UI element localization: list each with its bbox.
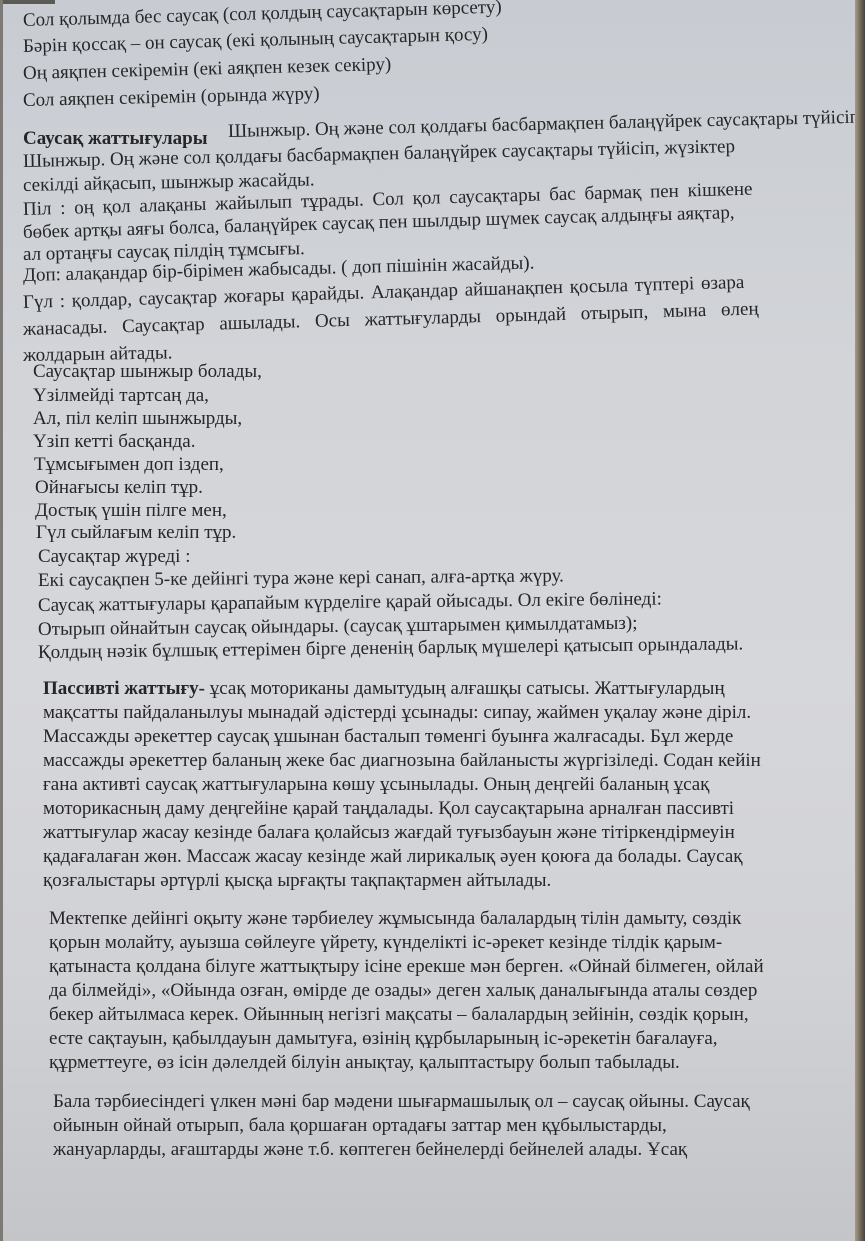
rhyme-line: Сол аяқпен секіремін (орында жүру) [23, 83, 320, 112]
poem-line: Достық үшін пілге мен, [35, 500, 227, 522]
page-edge [855, 0, 865, 1241]
poem-line: Үзілмейді тартсаң да, [33, 385, 209, 407]
poem-line: Гүл сыйлағым келіп тұр. [36, 522, 236, 544]
bold-term: Пассивті жаттығу- [43, 678, 205, 699]
paragraph-line: Екі саусақпен 5-ке дейінгі тура және кер… [38, 565, 564, 592]
passive-exercise-paragraph: Пассивті жаттығу- ұсақ моториканы дамыту… [43, 677, 823, 893]
poem-line: Ал, піл келіп шынжырды, [33, 408, 242, 430]
poem-line: Тұмсығымен доп іздеп, [34, 454, 224, 476]
preschool-paragraph: Мектепке дейінгі оқыту және тәрбиелеу жұ… [49, 907, 824, 1075]
section-heading: Саусақ жаттығулары [23, 128, 208, 150]
rhyme-line: Оң аяқпен секіремін (екі аяқпен кезек се… [23, 54, 392, 85]
upbringing-paragraph: Бала тәрбиесіндегі үлкен мәні бар мәдени… [53, 1090, 825, 1162]
poem-line: Саусақтар шынжыр болады, [33, 361, 262, 383]
document-page: Сол қолымда бес саусақ (сол қолдың сауса… [3, 0, 855, 1241]
paragraph-line: Саусақтар жүреді : [38, 546, 190, 568]
poem-line: Ойнағысы келіп тұр. [35, 477, 203, 499]
poem-line: Үзіп кетті басқанда. [33, 431, 195, 453]
